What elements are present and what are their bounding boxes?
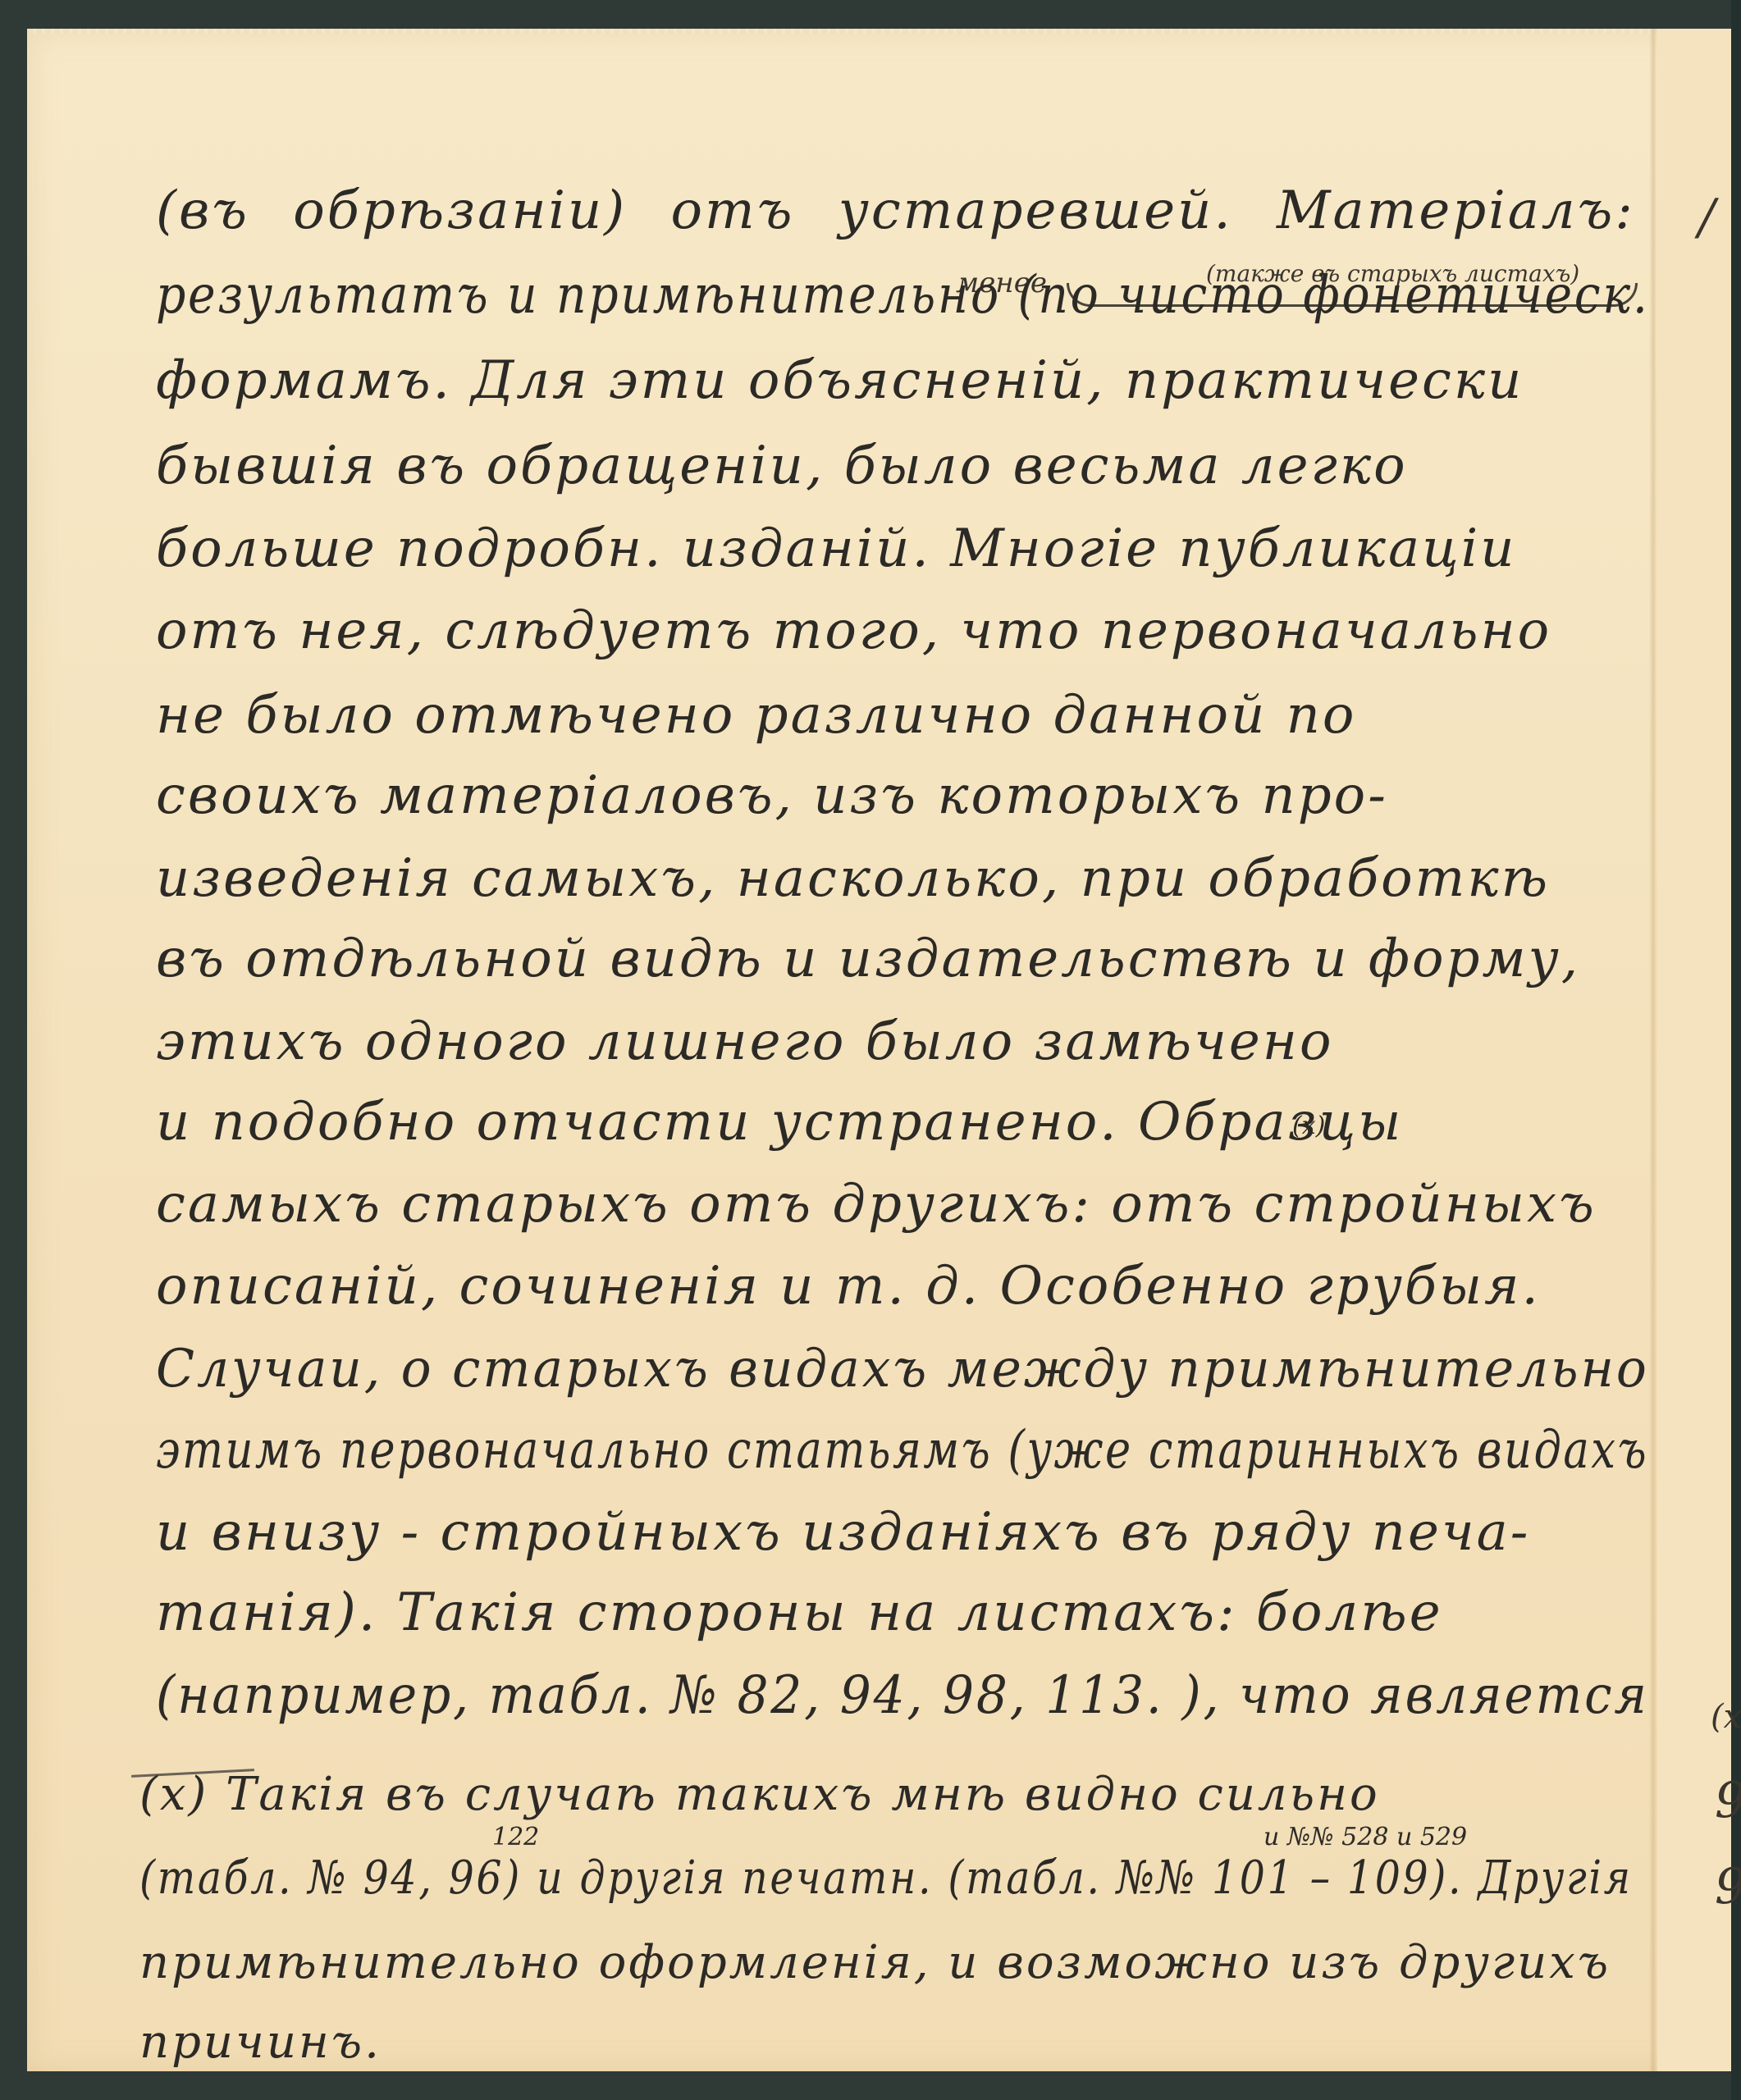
body-line-15: Случаи, о старыхъ видахъ между примѣните… <box>156 1343 1649 1395</box>
footnote-insertion-refs: и №№ 528 и 529 <box>1263 1823 1467 1851</box>
adjacent-page-fragment-4: 9 <box>1715 1858 1741 1915</box>
footnote-line-4: причинъ. <box>139 2020 382 2066</box>
adjacent-page-fragment-2: (x <box>1711 1698 1741 1736</box>
body-line-16: этимъ первоначально статьямъ (уже старин… <box>156 1424 1648 1477</box>
body-line-8: своихъ матеріаловъ, изъ которыхъ про- <box>156 769 1388 822</box>
body-line-2: результатъ и примѣнительно (по чисто фон… <box>156 269 1650 322</box>
body-line-4: бывшія въ обращеніи, было весьма легко <box>156 440 1408 492</box>
body-line-9: изведенія самыхъ, насколько, при обработ… <box>156 852 1550 905</box>
body-line-19: (например, табл. № 82, 94, 98, 113. ), ч… <box>156 1669 1649 1722</box>
adjacent-page-edge <box>1657 29 1731 2071</box>
page-fold <box>1649 29 1657 2071</box>
body-line-12: и подобно отчасти устранено. Образцы <box>156 1096 1403 1148</box>
footnote-line-1: (x) Такія въ случаѣ такихъ мнѣ видно сил… <box>139 1772 1380 1818</box>
body-line-18: танія). Такія стороны на листахъ: болѣе <box>156 1586 1443 1639</box>
body-line-1: (въ обрѣзаніи) отъ устаревшей. Матеріалъ… <box>156 185 1635 237</box>
body-line-7: не было отмѣчено различно данной по <box>156 689 1356 742</box>
body-line-5: больше подробн. изданій. Многіе публикац… <box>156 523 1516 575</box>
body-line-17: и внизу - стройныхъ изданіяхъ въ ряду пе… <box>156 1506 1530 1559</box>
footnote-superscript-122: 122 <box>492 1823 539 1851</box>
body-line-6: отъ нея, слѣдуетъ того, что первоначальн… <box>156 605 1551 657</box>
body-line-3: формамъ. Для эти объясненій, практически <box>156 354 1524 407</box>
body-line-13: самыхъ старыхъ отъ другихъ: отъ стройных… <box>156 1178 1597 1230</box>
adjacent-page-fragment-3: 9 <box>1715 1772 1741 1829</box>
body-line-14: описаній, сочиненія и т. д. Особенно гру… <box>156 1260 1541 1312</box>
footnote-marker-in-text: (x) <box>1292 1112 1325 1140</box>
body-line-11: этихъ одного лишнего было замѣчено <box>156 1016 1333 1068</box>
body-line-10: въ отдѣльной видѣ и издательствѣ и форму… <box>156 933 1580 985</box>
footnote-line-3: примѣнительно оформленія, и возможно изъ… <box>139 1940 1611 1986</box>
footnote-line-2: (табл. № 94, 96) и другія печатн. (табл.… <box>139 1856 1633 1901</box>
adjacent-page-fragment-1: / <box>1698 189 1715 246</box>
